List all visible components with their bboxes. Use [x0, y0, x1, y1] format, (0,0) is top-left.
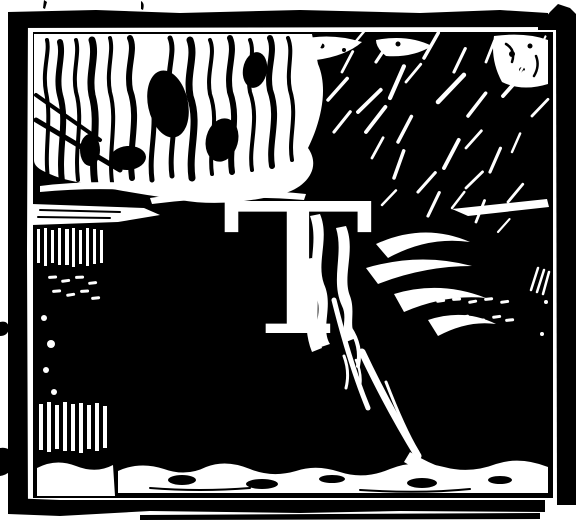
woodcut-engraving: T: [0, 0, 576, 523]
initial-letter-glyph: T: [223, 166, 374, 376]
initial-letter: T: [223, 166, 374, 376]
woodcut-initial-page: T: [0, 0, 576, 523]
